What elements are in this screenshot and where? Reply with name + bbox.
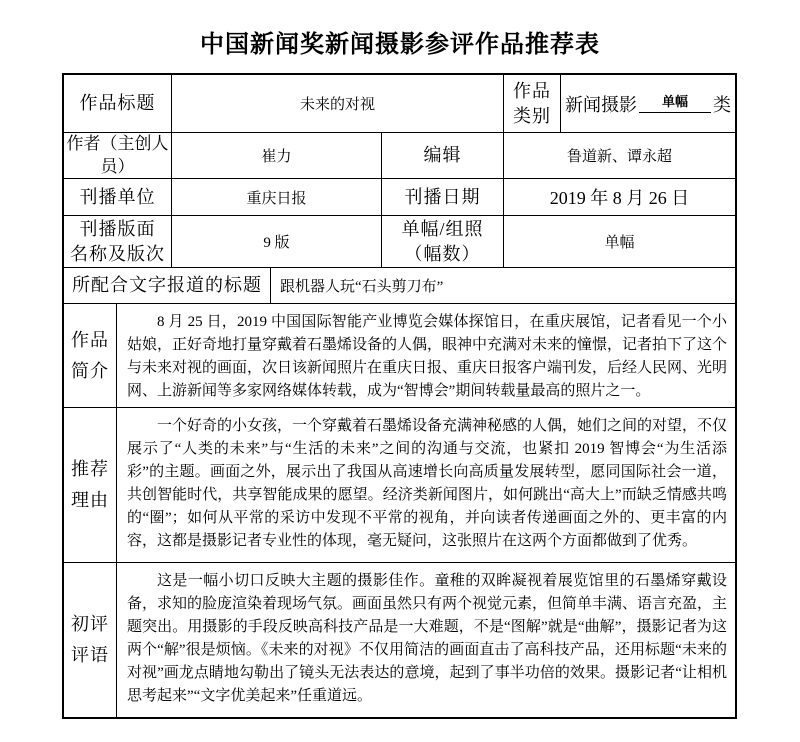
preliminary-review-label: 初评 评语 (64, 563, 117, 717)
author-value: 崔力 (172, 133, 382, 178)
work-summary-paragraph: 8 月 25 日，2019 中国国际智能产业博览会媒体探馆日，在重庆展馆，记者看… (127, 311, 727, 403)
photo-count-value: 单幅 (504, 216, 735, 267)
recommendation-form-table: 作品标题 未来的对视 作品 类别 新闻摄影单幅类 作者（主创人 员） 崔力 编辑… (62, 73, 737, 719)
recommendation-reason-text: 一个好奇的小女孩，一个穿戴着石墨烯设备充满神秘感的人偶，她们之间的对望，不仅展示… (117, 408, 735, 562)
row-publisher-date: 刊播单位 重庆日报 刊播日期 2019 年 8 月 26 日 (64, 179, 735, 216)
page-edition-value: 9 版 (172, 216, 382, 267)
document-page: 中国新闻奖新闻摄影参评作品推荐表 作品标题 未来的对视 作品 类别 新闻摄影单幅… (0, 0, 800, 742)
row-article-title: 所配合文字报道的标题 跟机器人玩“石头剪刀布” (64, 268, 735, 304)
article-title-label: 所配合文字报道的标题 (64, 268, 271, 303)
publish-date-label: 刊播日期 (382, 179, 504, 215)
row-recommendation-reason: 推荐 理由 一个好奇的小女孩，一个穿戴着石墨烯设备充满神秘感的人偶，她们之间的对… (64, 408, 735, 563)
editor-value: 鲁道新、谭永超 (504, 133, 735, 178)
category-label: 作品 类别 (504, 75, 561, 132)
category-value: 新闻摄影单幅类 (561, 75, 735, 132)
publish-date-value: 2019 年 8 月 26 日 (504, 179, 735, 215)
preliminary-review-text: 这是一幅小切口反映大主题的摄影佳作。童稚的双眸凝视着展览馆里的石墨烯穿戴设备，求… (117, 563, 735, 717)
publisher-value: 重庆日报 (172, 179, 382, 215)
author-label: 作者（主创人 员） (64, 133, 172, 178)
row-work-title: 作品标题 未来的对视 作品 类别 新闻摄影单幅类 (64, 75, 735, 133)
publisher-label: 刊播单位 (64, 179, 172, 215)
recommendation-reason-paragraph: 一个好奇的小女孩，一个穿戴着石墨烯设备充满神秘感的人偶，她们之间的对望，不仅展示… (127, 415, 727, 553)
row-author-editor: 作者（主创人 员） 崔力 编辑 鲁道新、谭永超 (64, 133, 735, 179)
row-edition-count: 刊播版面 名称及版次 9 版 单幅/组照 （幅数） 单幅 (64, 216, 735, 268)
preliminary-review-paragraph: 这是一幅小切口反映大主题的摄影佳作。童稚的双眸凝视着展览馆里的石墨烯穿戴设备，求… (127, 570, 727, 708)
article-title-value: 跟机器人玩“石头剪刀布” (271, 268, 735, 303)
category-suffix: 类 (713, 91, 731, 117)
photo-count-label: 单幅/组照 （幅数） (382, 216, 504, 267)
row-work-summary: 作品 简介 8 月 25 日，2019 中国国际智能产业博览会媒体探馆日，在重庆… (64, 304, 735, 408)
work-title-label: 作品标题 (64, 75, 172, 132)
editor-label: 编辑 (382, 133, 504, 178)
work-summary-text: 8 月 25 日，2019 中国国际智能产业博览会媒体探馆日，在重庆展馆，记者看… (117, 304, 735, 407)
page-edition-label: 刊播版面 名称及版次 (64, 216, 172, 267)
category-fill-in: 单幅 (639, 94, 711, 112)
page-title: 中国新闻奖新闻摄影参评作品推荐表 (0, 24, 800, 59)
recommendation-reason-label: 推荐 理由 (64, 408, 117, 562)
category-prefix: 新闻摄影 (565, 91, 637, 117)
row-preliminary-review: 初评 评语 这是一幅小切口反映大主题的摄影佳作。童稚的双眸凝视着展览馆里的石墨烯… (64, 563, 735, 717)
work-title-value: 未来的对视 (172, 75, 504, 132)
work-summary-label: 作品 简介 (64, 304, 117, 407)
